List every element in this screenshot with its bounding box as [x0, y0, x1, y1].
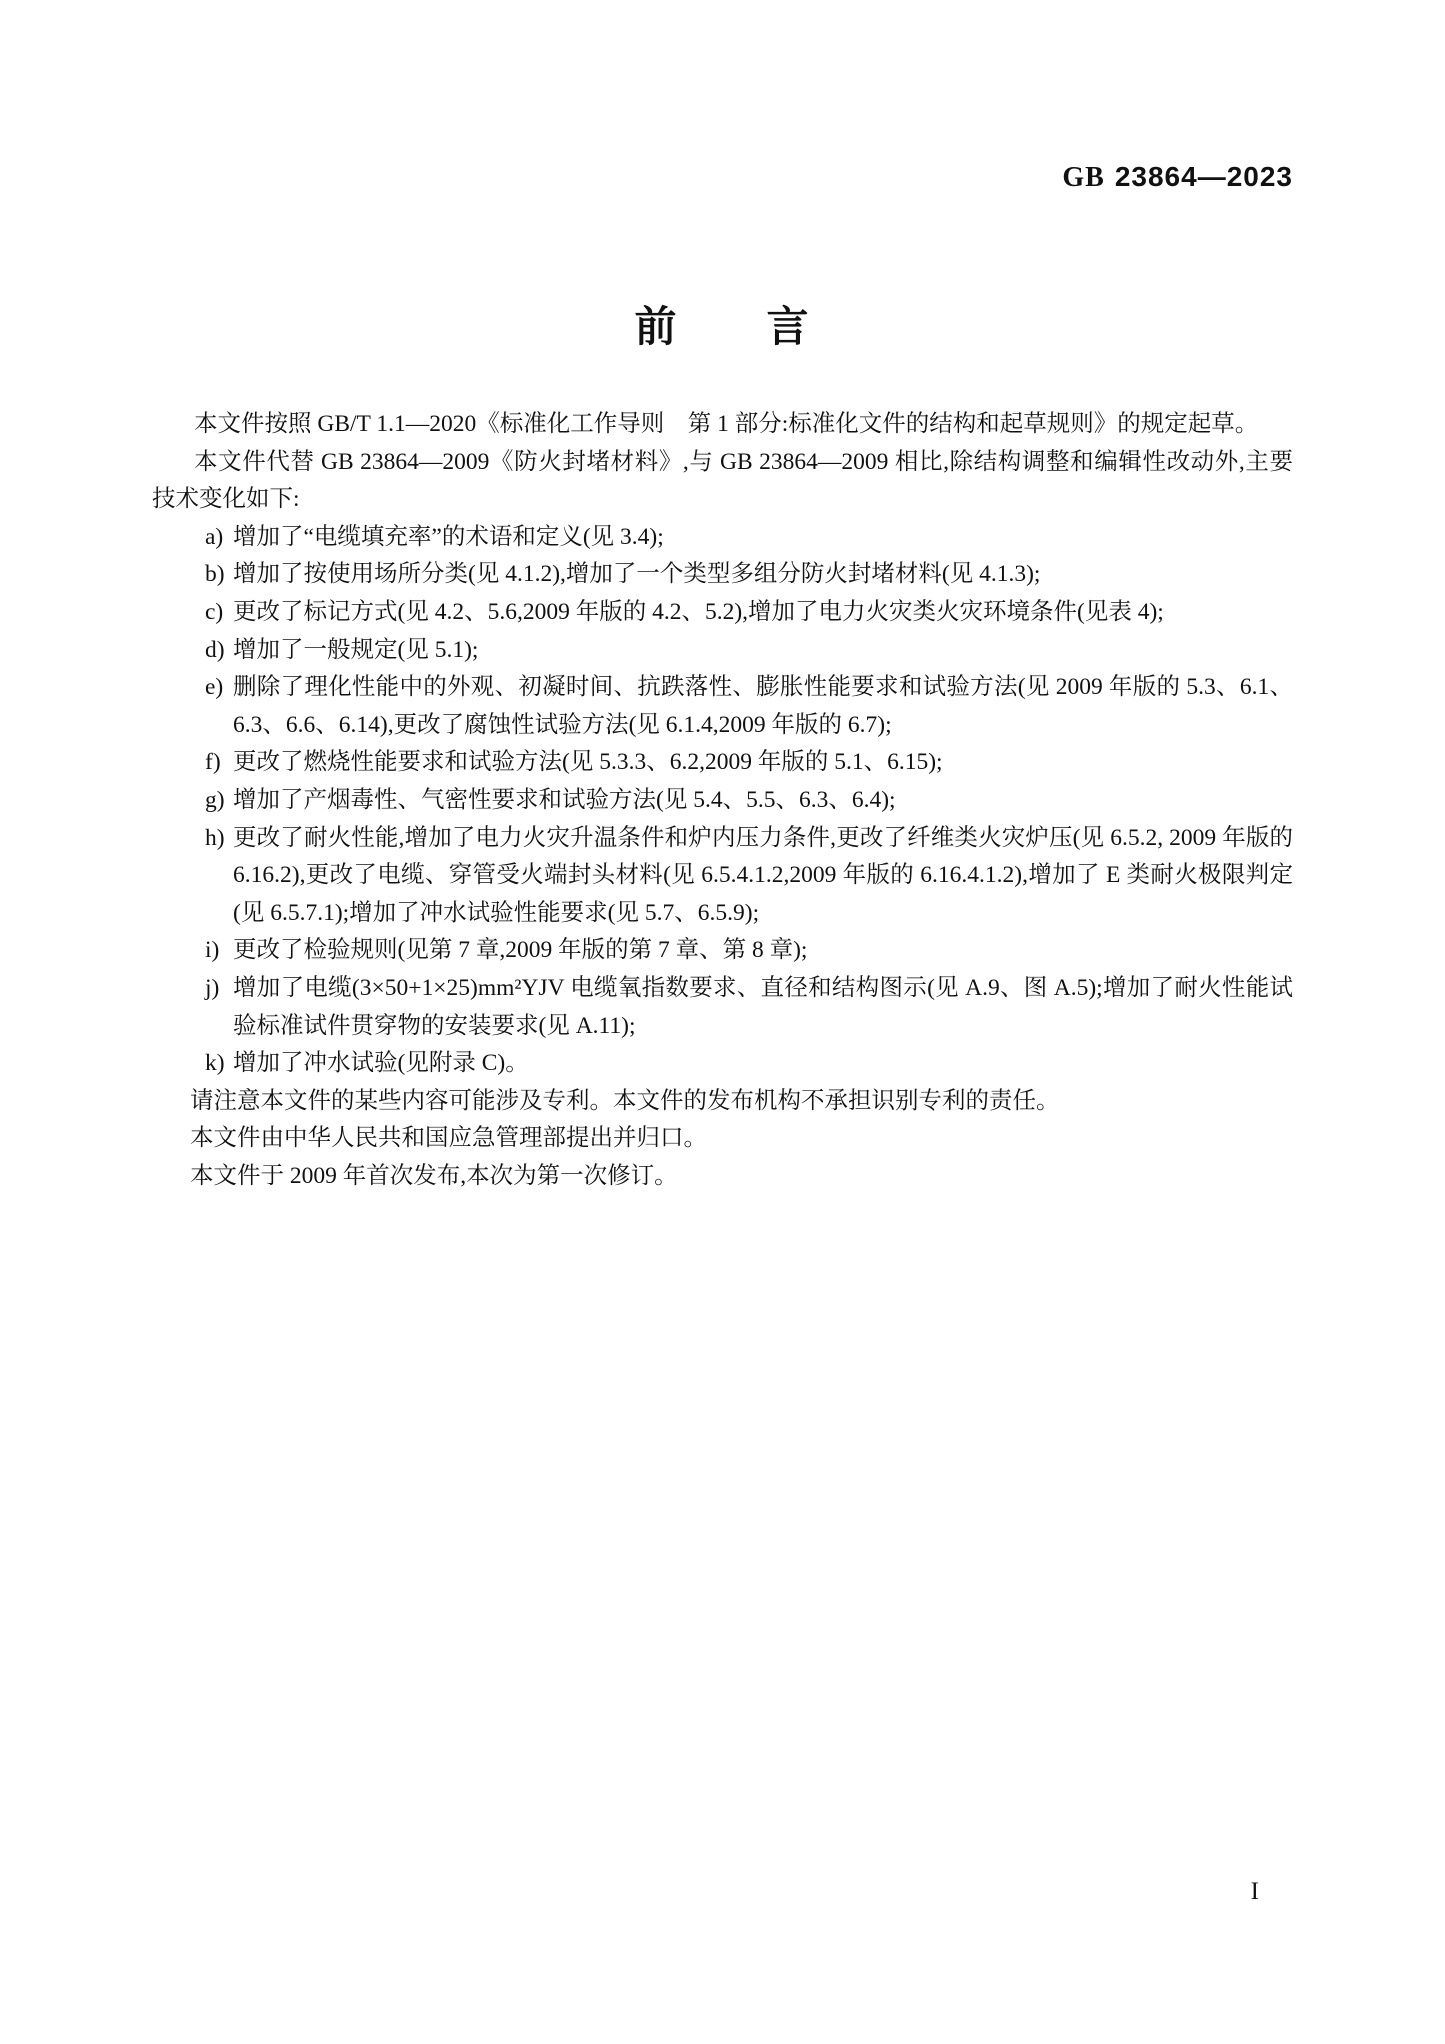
changes-list: a) 增加了“电缆填充率”的术语和定义(见 3.4); b) 增加了按使用场所分…: [152, 519, 1293, 1083]
list-item-label: j): [205, 970, 219, 1008]
list-item-text: 增加了一般规定(见 5.1);: [233, 637, 478, 663]
list-item-label: k): [205, 1045, 225, 1083]
list-item-label: d): [205, 632, 225, 670]
list-item-text: 更改了燃烧性能要求和试验方法(见 5.3.3、6.2,2009 年版的 5.1、…: [233, 749, 943, 775]
closing-paragraph: 本文件于 2009 年首次发布,本次为第一次修订。: [152, 1158, 1293, 1196]
list-item-label: h): [205, 820, 225, 858]
list-item-label: i): [205, 932, 219, 970]
list-item-label: a): [205, 519, 223, 557]
standard-number: 23864—2023: [1115, 161, 1293, 192]
list-item-text: 更改了耐火性能,增加了电力火灾升温条件和炉内压力条件,更改了纤维类火灾炉压(见 …: [233, 825, 1293, 926]
list-item-text: 增加了冲水试验(见附录 C)。: [233, 1050, 529, 1076]
list-item-text: 增加了“电缆填充率”的术语和定义(见 3.4);: [233, 524, 664, 550]
list-item: b) 增加了按使用场所分类(见 4.1.2),增加了一个类型多组分防火封堵材料(…: [152, 556, 1293, 594]
list-item-text: 更改了标记方式(见 4.2、5.6,2009 年版的 4.2、5.2),增加了电…: [233, 599, 1164, 625]
closing-paragraph: 本文件由中华人民共和国应急管理部提出并归口。: [152, 1120, 1293, 1158]
list-item-label: f): [205, 744, 221, 782]
list-item: c) 更改了标记方式(见 4.2、5.6,2009 年版的 4.2、5.2),增…: [152, 594, 1293, 632]
list-item: h) 更改了耐火性能,增加了电力火灾升温条件和炉内压力条件,更改了纤维类火灾炉压…: [152, 820, 1293, 933]
list-item-label: e): [205, 669, 223, 707]
closing-paragraph: 请注意本文件的某些内容可能涉及专利。本文件的发布机构不承担识别专利的责任。: [152, 1083, 1293, 1121]
list-item-label: g): [205, 782, 225, 820]
list-item-text: 增加了按使用场所分类(见 4.1.2),增加了一个类型多组分防火封堵材料(见 4…: [233, 561, 1040, 587]
list-item: e) 删除了理化性能中的外观、初凝时间、抗跌落性、膨胀性能要求和试验方法(见 2…: [152, 669, 1293, 744]
standard-prefix: GB: [1062, 162, 1104, 193]
page-title: 前 言: [152, 294, 1293, 354]
list-item-label: c): [205, 594, 223, 632]
page-number: I: [1251, 1878, 1259, 1906]
standard-code-header: GB23864—2023: [1062, 161, 1293, 194]
list-item-text: 增加了电缆(3×50+1×25)mm²YJV 电缆氧指数要求、直径和结构图示(见…: [233, 975, 1293, 1039]
list-item-text: 增加了产烟毒性、气密性要求和试验方法(见 5.4、5.5、6.3、6.4);: [233, 787, 896, 813]
list-item-text: 更改了检验规则(见第 7 章,2009 年版的第 7 章、第 8 章);: [233, 937, 807, 963]
intro-paragraph: 本文件代替 GB 23864—2009《防火封堵材料》,与 GB 23864—2…: [152, 444, 1293, 519]
list-item: d) 增加了一般规定(见 5.1);: [152, 632, 1293, 670]
document-page: GB23864—2023 前 言 本文件按照 GB/T 1.1—2020《标准化…: [0, 0, 1445, 2044]
list-item: f) 更改了燃烧性能要求和试验方法(见 5.3.3、6.2,2009 年版的 5…: [152, 744, 1293, 782]
list-item: k) 增加了冲水试验(见附录 C)。: [152, 1045, 1293, 1083]
list-item-label: b): [205, 556, 225, 594]
intro-paragraph: 本文件按照 GB/T 1.1—2020《标准化工作导则 第 1 部分:标准化文件…: [152, 406, 1293, 444]
list-item-text: 删除了理化性能中的外观、初凝时间、抗跌落性、膨胀性能要求和试验方法(见 2009…: [233, 674, 1293, 738]
closing-paragraphs: 请注意本文件的某些内容可能涉及专利。本文件的发布机构不承担识别专利的责任。 本文…: [152, 1083, 1293, 1196]
list-item: g) 增加了产烟毒性、气密性要求和试验方法(见 5.4、5.5、6.3、6.4)…: [152, 782, 1293, 820]
list-item: i) 更改了检验规则(见第 7 章,2009 年版的第 7 章、第 8 章);: [152, 932, 1293, 970]
list-item: a) 增加了“电缆填充率”的术语和定义(见 3.4);: [152, 519, 1293, 557]
document-body: 本文件按照 GB/T 1.1—2020《标准化工作导则 第 1 部分:标准化文件…: [152, 406, 1293, 1195]
list-item: j) 增加了电缆(3×50+1×25)mm²YJV 电缆氧指数要求、直径和结构图…: [152, 970, 1293, 1045]
